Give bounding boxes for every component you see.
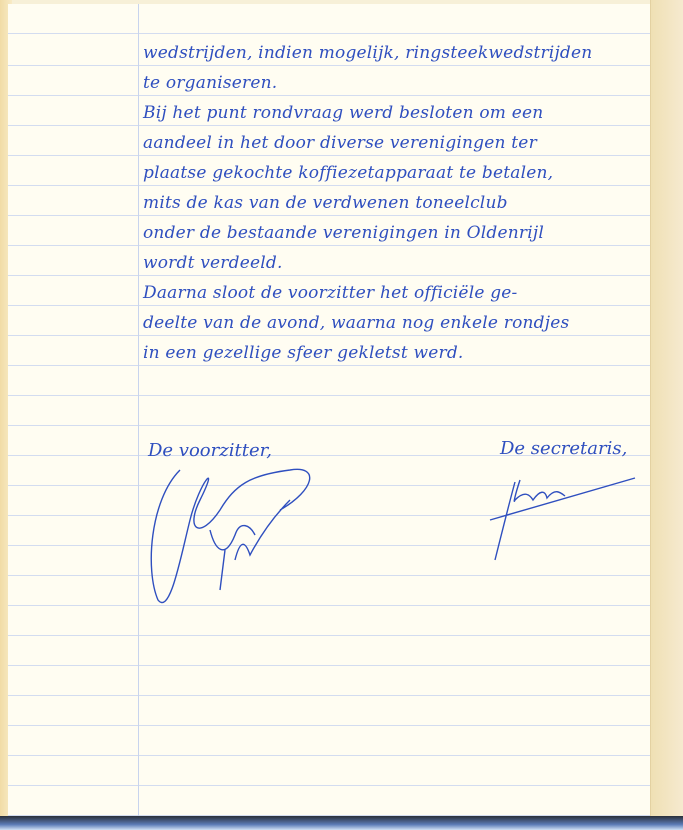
text-line: te organiseren. xyxy=(143,68,653,98)
secretary-signature-label: De secretaris, xyxy=(500,438,627,459)
text-line: onder de bestaande verenigingen in Olden… xyxy=(143,218,653,248)
book-bottom-edge xyxy=(0,816,683,830)
text-line: plaatse gekochte koffiezetapparaat te be… xyxy=(143,158,653,188)
handwritten-text: wedstrijden, indien mogelijk, ringsteekw… xyxy=(143,38,653,368)
text-line: Daarna sloot de voorzitter het officiële… xyxy=(143,278,653,308)
text-line: deelte van de avond, waarna nog enkele r… xyxy=(143,308,653,338)
text-line: mits de kas van de verdwenen toneelclub xyxy=(143,188,653,218)
text-line: Bij het punt rondvraag werd besloten om … xyxy=(143,98,653,128)
text-line: aandeel in het door diverse verenigingen… xyxy=(143,128,653,158)
text-line: wordt verdeeld. xyxy=(143,248,653,278)
secretary-signature xyxy=(485,470,645,570)
chair-signature xyxy=(140,440,330,620)
text-line: in een gezellige sfeer gekletst werd. xyxy=(143,338,653,368)
margin-line xyxy=(138,4,139,816)
text-line: wedstrijden, indien mogelijk, ringsteekw… xyxy=(143,38,653,68)
next-page-edge xyxy=(650,0,683,818)
